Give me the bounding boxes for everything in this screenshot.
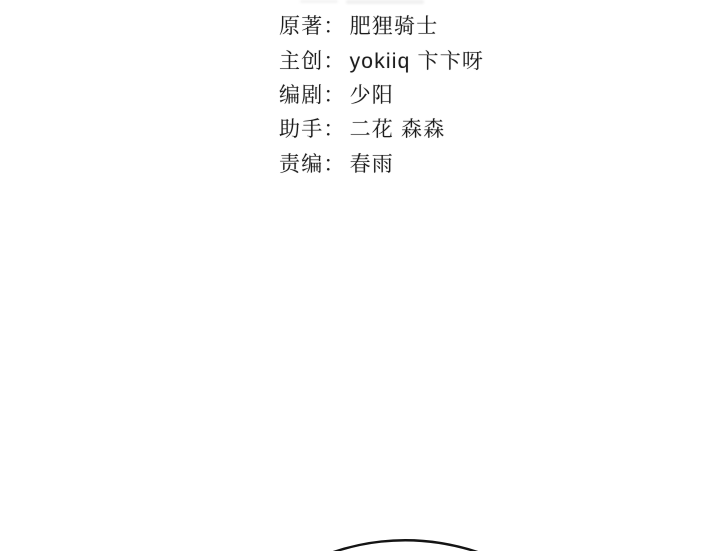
panel-arc-line [332,540,479,551]
credit-line-lead-creator: 主创： yokiiq 卞卞呀 [279,42,484,76]
credit-line-assistants: 助手： 二花 森森 [279,111,484,145]
comic-credits-page: 原著： 肥狸骑士 主创： yokiiq 卞卞呀 编剧： 少阳 助手： 二花 森森… [0,0,720,551]
credit-label: 责编： [279,148,346,178]
credit-value: yokiiq 卞卞呀 [350,45,485,75]
cropped-text-remnant [346,0,424,4]
credit-line-original-author: 原著： 肥狸骑士 [279,8,484,42]
credit-value: 春雨 [350,148,394,178]
cropped-text-remnant [300,0,338,3]
credit-line-editor: 责编： 春雨 [279,146,484,180]
credit-label: 助手： [279,113,346,143]
credit-label: 主创： [279,45,346,75]
credit-label: 编剧： [279,79,346,109]
credit-value: 二花 森森 [350,113,446,143]
credits-block: 原著： 肥狸骑士 主创： yokiiq 卞卞呀 编剧： 少阳 助手： 二花 森森… [279,8,484,180]
credit-label: 原著： [279,10,346,40]
credit-value: 少阳 [350,79,394,109]
credit-line-screenwriter: 编剧： 少阳 [279,77,484,111]
credit-value: 肥狸骑士 [350,10,439,40]
